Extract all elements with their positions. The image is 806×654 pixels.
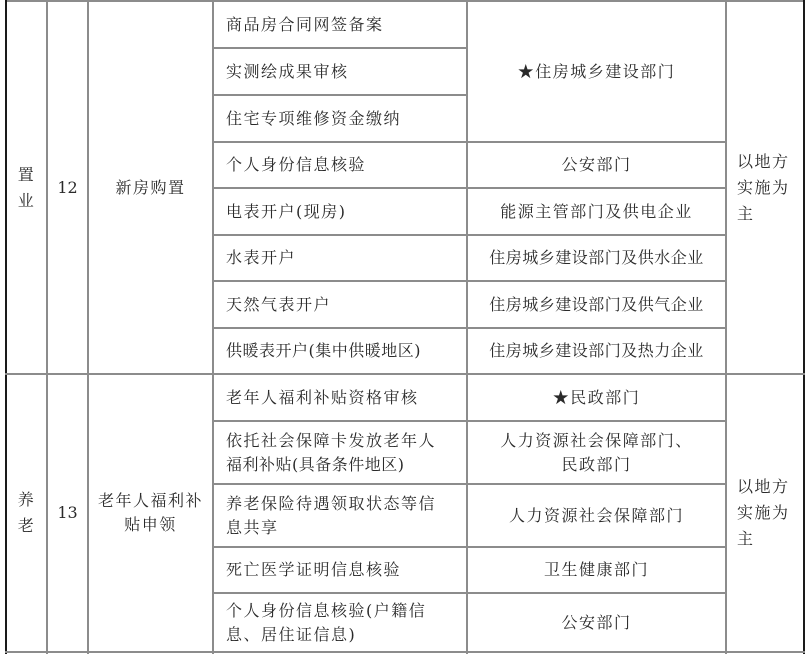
department-label: 公安部门 [561,611,631,635]
item-line: 老年人福利补 [98,489,203,513]
note-text: 以地方 实施为 主 [737,149,790,227]
subitem-label: 个人身份信息核验(户籍信 息、居住证信息) [226,599,426,647]
number-cell: 13 [48,375,87,651]
subitem-line: 息、居住证信息) [226,623,426,647]
note-text: 以地方 实施为 主 [737,474,790,552]
item-name: 新房购置 [115,176,185,200]
subitem-line: 息共享 [226,516,436,540]
subitem-cell: 住宅专项维修资金缴纳 [214,96,466,141]
note-cell: 以地方 实施为 主 [727,2,803,373]
subitem-label: 养老保险待遇领取状态等信 息共享 [226,492,436,540]
subitem-label: 天然气表开户 [226,293,331,317]
subitem-cell: 商品房合同网签备案 [214,2,466,47]
subitem-label: 实测绘成果审核 [226,60,349,84]
department-line: 民政部门 [500,453,693,477]
department-label: 住房城乡建设部门及供水企业 [489,246,704,270]
subitem-label: 个人身份信息核验 [226,153,366,177]
item-name: 老年人福利补 贴申领 [98,489,203,537]
subitem-cell: 水表开户 [214,236,466,280]
department-label: 卫生健康部门 [544,558,649,582]
department-cell: ★住房城乡建设部门 [468,2,725,141]
department-line: 人力资源社会保障部门、 [500,429,693,453]
item-line: 贴申领 [98,513,203,537]
department-label: 人力资源社会保障部门 [509,504,684,528]
department-cell: 住房城乡建设部门及热力企业 [468,329,725,373]
subitem-label: 老年人福利补贴资格审核 [226,386,419,410]
department-label: 公安部门 [561,153,631,177]
item-cell: 新房购置 [89,2,212,373]
department-label: ★民政部门 [553,386,641,410]
note-line: 以地方 [737,149,790,175]
subitem-line: 养老保险待遇领取状态等信 [226,492,436,516]
department-label: 能源主管部门及供电企业 [500,200,693,224]
subitem-cell: 个人身份信息核验(户籍信 息、居住证信息) [214,594,466,651]
department-cell: ★民政部门 [468,375,725,420]
divider [5,651,805,653]
department-label: 住房城乡建设部门及热力企业 [489,339,704,363]
subitem-cell: 天然气表开户 [214,282,466,327]
department-label: ★住房城乡建设部门 [518,60,676,84]
department-label: 住房城乡建设部门及供气企业 [489,293,704,317]
item-cell: 老年人福利补 贴申领 [89,375,212,651]
subitem-cell: 个人身份信息核验 [214,143,466,187]
note-line: 主 [737,201,790,227]
department-cell: 公安部门 [468,143,725,187]
table-right-border [803,0,805,654]
subitem-cell: 死亡医学证明信息核验 [214,548,466,592]
category-cell: 置业 [7,2,46,373]
category-label: 置业 [18,162,36,214]
item-number: 13 [57,501,77,525]
note-line: 实施为 [737,500,790,526]
item-number: 12 [57,176,77,200]
department-cell: 住房城乡建设部门及供水企业 [468,236,725,280]
service-matrix-table: 置业 12 新房购置 商品房合同网签备案 实测绘成果审核 住宅专项维修资金缴纳 … [0,0,806,654]
department-cell: 公安部门 [468,594,725,651]
subitem-label: 依托社会保障卡发放老年人 福利补贴(具备条件地区) [226,429,436,477]
subitem-line: 依托社会保障卡发放老年人 [226,429,436,453]
category-label: 养老 [18,487,36,539]
subitem-label: 住宅专项维修资金缴纳 [226,107,401,131]
department-cell: 卫生健康部门 [468,548,725,592]
department-label: 人力资源社会保障部门、 民政部门 [500,429,693,477]
department-cell: 人力资源社会保障部门、 民政部门 [468,422,725,483]
subitem-line: 个人身份信息核验(户籍信 [226,599,426,623]
subitem-cell: 供暖表开户(集中供暖地区) [214,329,466,373]
note-line: 以地方 [737,474,790,500]
subitem-label: 死亡医学证明信息核验 [226,558,401,582]
subitem-cell: 依托社会保障卡发放老年人 福利补贴(具备条件地区) [214,422,466,483]
subitem-cell: 老年人福利补贴资格审核 [214,375,466,420]
subitem-label: 水表开户 [226,246,296,270]
note-line: 实施为 [737,175,790,201]
department-cell: 人力资源社会保障部门 [468,485,725,546]
department-cell: 住房城乡建设部门及供气企业 [468,282,725,327]
note-line: 主 [737,526,790,552]
subitem-label: 电表开户(现房) [226,200,347,224]
category-cell: 养老 [7,375,46,651]
number-cell: 12 [48,2,87,373]
subitem-cell: 电表开户(现房) [214,189,466,234]
subitem-cell: 实测绘成果审核 [214,49,466,94]
subitem-cell: 养老保险待遇领取状态等信 息共享 [214,485,466,546]
subitem-line: 福利补贴(具备条件地区) [226,453,436,477]
note-cell: 以地方 实施为 主 [727,375,803,651]
subitem-label: 商品房合同网签备案 [226,13,384,37]
subitem-label: 供暖表开户(集中供暖地区) [226,339,421,363]
department-cell: 能源主管部门及供电企业 [468,189,725,234]
